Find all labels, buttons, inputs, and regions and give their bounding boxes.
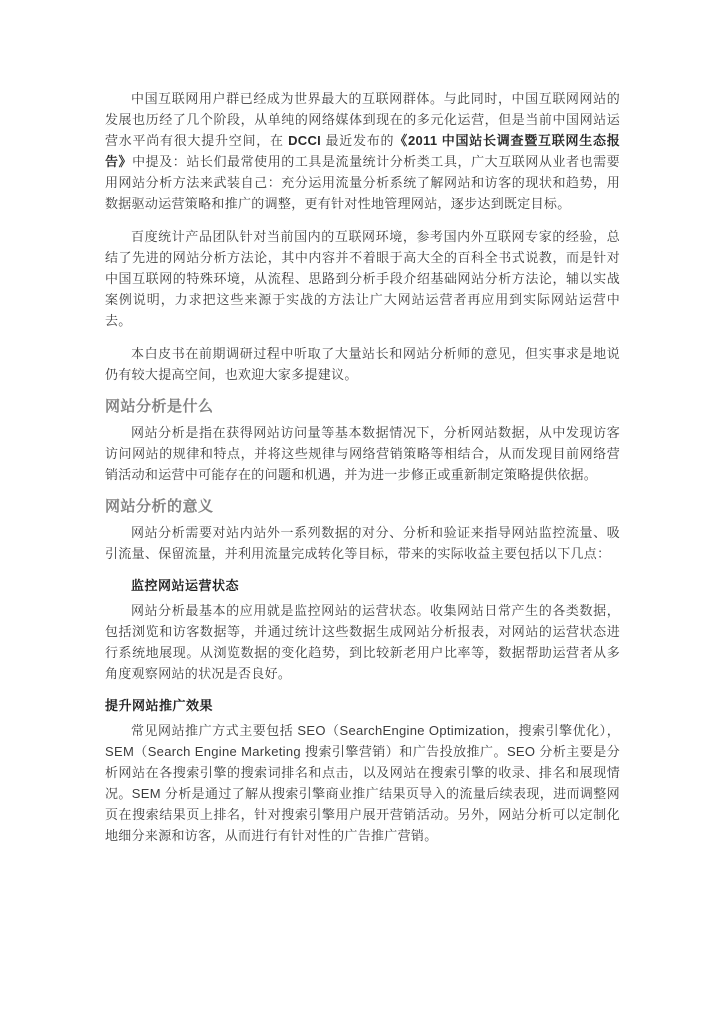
dcci-brand-text: DCCI xyxy=(288,133,321,148)
subheading-monitor-operation-status: 监控网站运营状态 xyxy=(105,577,620,594)
heading-what-is-web-analytics: 网站分析是什么 xyxy=(105,397,620,416)
document-page: 中国互联网用户群已经成为世界最大的互联网群体。与此同时，中国互联网网站的发展也历… xyxy=(0,0,724,1024)
heading-meaning-of-web-analytics: 网站分析的意义 xyxy=(105,497,620,516)
intro-paragraph-1: 中国互联网用户群已经成为世界最大的互联网群体。与此同时，中国互联网网站的发展也历… xyxy=(105,88,620,214)
meaning-of-web-analytics-body: 网站分析需要对站内站外一系列数据的对分、分析和验证来指导网站监控流量、吸引流量、… xyxy=(105,522,620,564)
subheading-improve-promotion-effect: 提升网站推广效果 xyxy=(105,697,620,714)
intro-paragraph-2: 百度统计产品团队针对当前国内的互联网环境，参考国内外互联网专家的经验，总结了先进… xyxy=(105,226,620,331)
intro-paragraph-3: 本白皮书在前期调研过程中听取了大量站长和网站分析师的意见，但实事求是地说仍有较大… xyxy=(105,343,620,385)
monitor-operation-status-body: 网站分析最基本的应用就是监控网站的运营状态。收集网站日常产生的各类数据，包括浏览… xyxy=(105,600,620,684)
improve-promotion-effect-body: 常见网站推广方式主要包括 SEO（SearchEngine Optimizati… xyxy=(105,720,620,846)
what-is-web-analytics-body: 网站分析是指在获得网站访问量等基本数据情况下，分析网站数据，从中发现访客访问网站… xyxy=(105,422,620,485)
intro-p1-post: 中提及：站长们最常使用的工具是流量统计分析类工具，广大互联网从业者也需要用网站分… xyxy=(105,154,620,211)
intro-p1-mid: 最近发布的 xyxy=(321,133,394,148)
